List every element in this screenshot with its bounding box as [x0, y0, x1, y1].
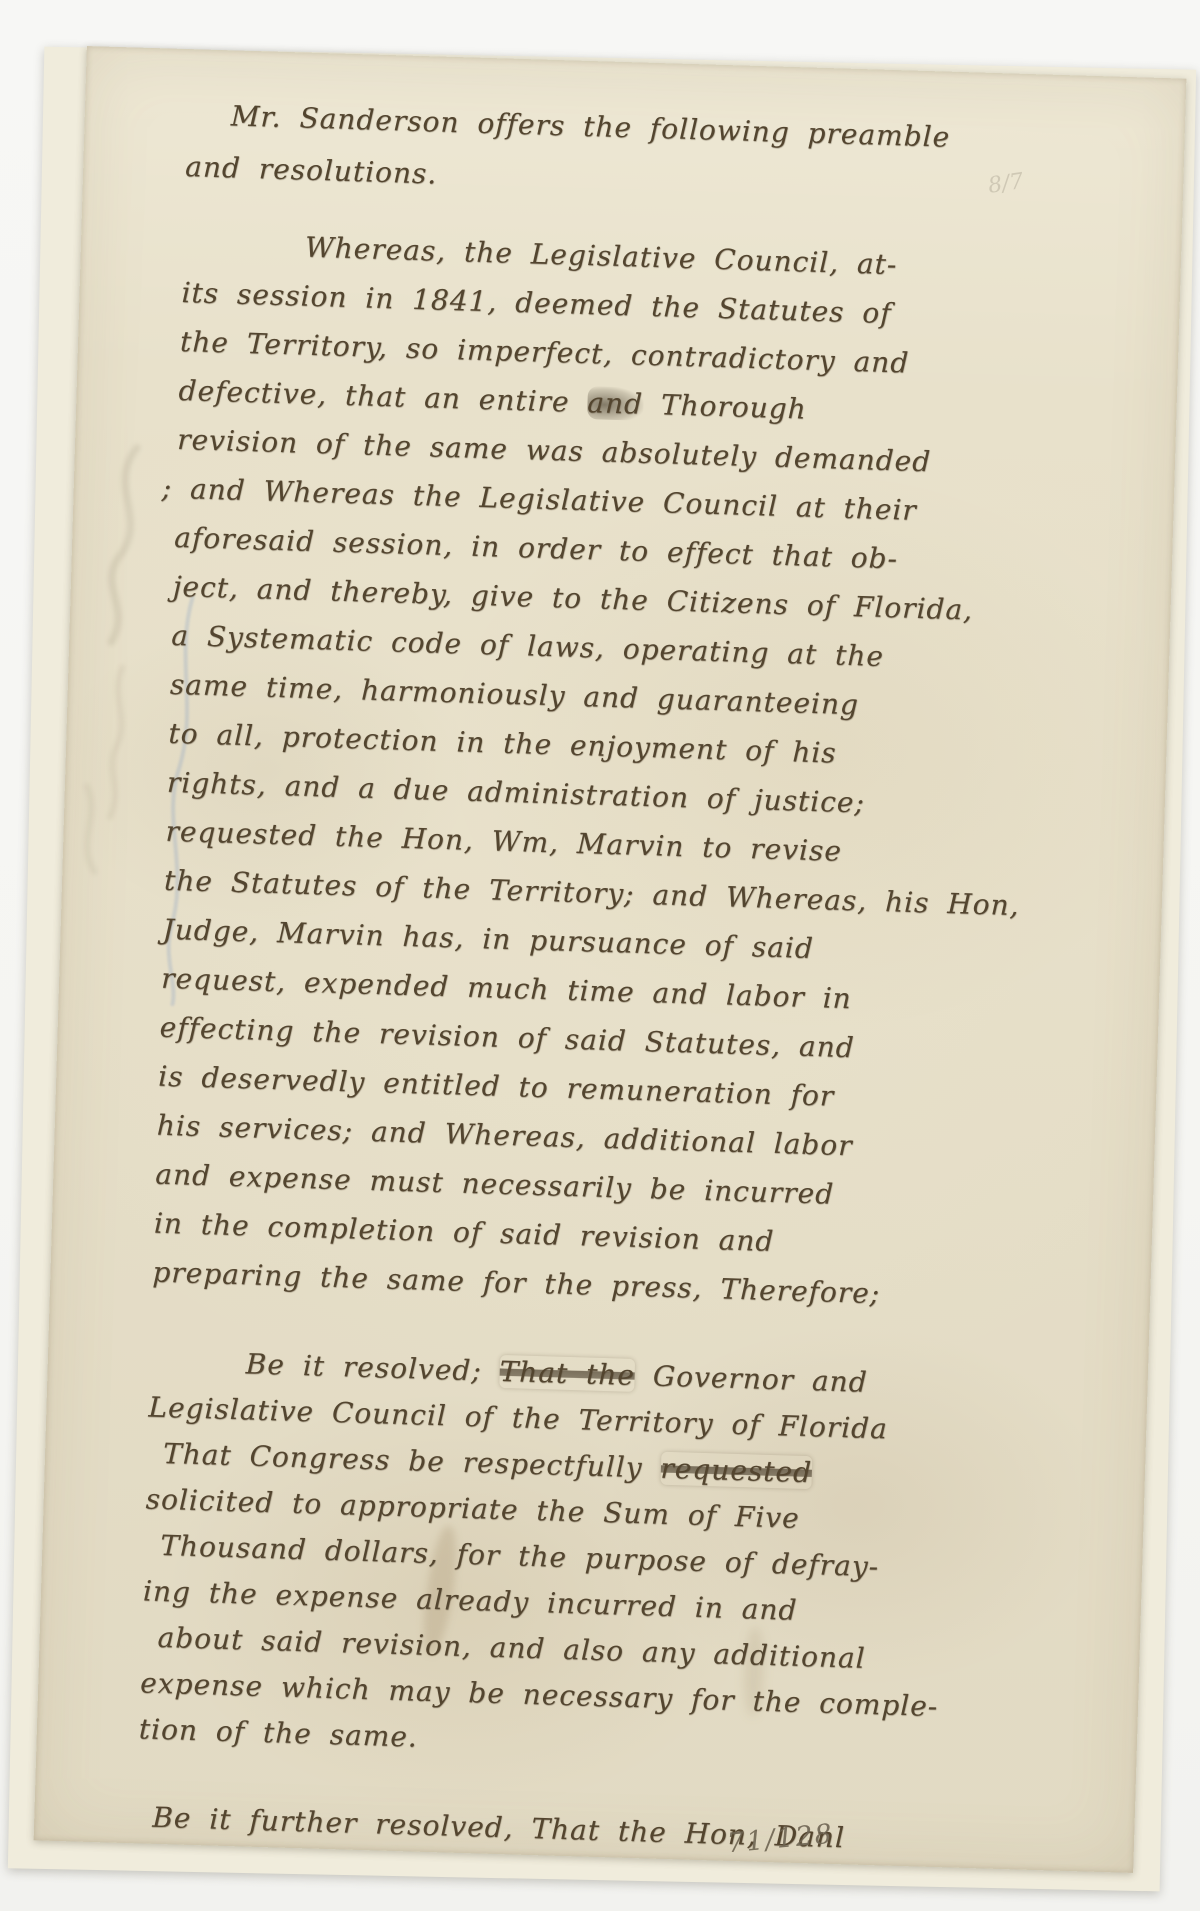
faint-pencil-mark: 8/7 — [987, 169, 1026, 199]
struck-text: requested — [660, 1452, 813, 1489]
manuscript-paper: Mr. Sanderson offers the following pream… — [34, 46, 1187, 1873]
manuscript-text-block: Mr. Sanderson offers the following pream… — [34, 46, 1187, 1872]
manuscript-text: tion of the same. — [138, 1712, 418, 1753]
manuscript-text: defective, that an entire — [178, 374, 588, 419]
paragraph-preamble: Whereas, the Legislative Council, at-its… — [152, 219, 1182, 1326]
struck-text: That the — [499, 1355, 635, 1392]
paragraph-caption: Mr. Sanderson offers the following pream… — [185, 89, 1186, 223]
manuscript-text: and resolutions. — [185, 150, 438, 190]
manuscript-text: That Congress be respectfully — [163, 1437, 661, 1485]
manuscript-text: Thorough — [643, 388, 808, 426]
paragraph-resolution: Be it resolved; That the Governor andLeg… — [138, 1339, 1148, 1782]
manuscript-text: Governor and — [635, 1359, 869, 1399]
manuscript-text: Be it resolved; — [245, 1347, 500, 1388]
manuscript-text: and — [587, 386, 644, 421]
